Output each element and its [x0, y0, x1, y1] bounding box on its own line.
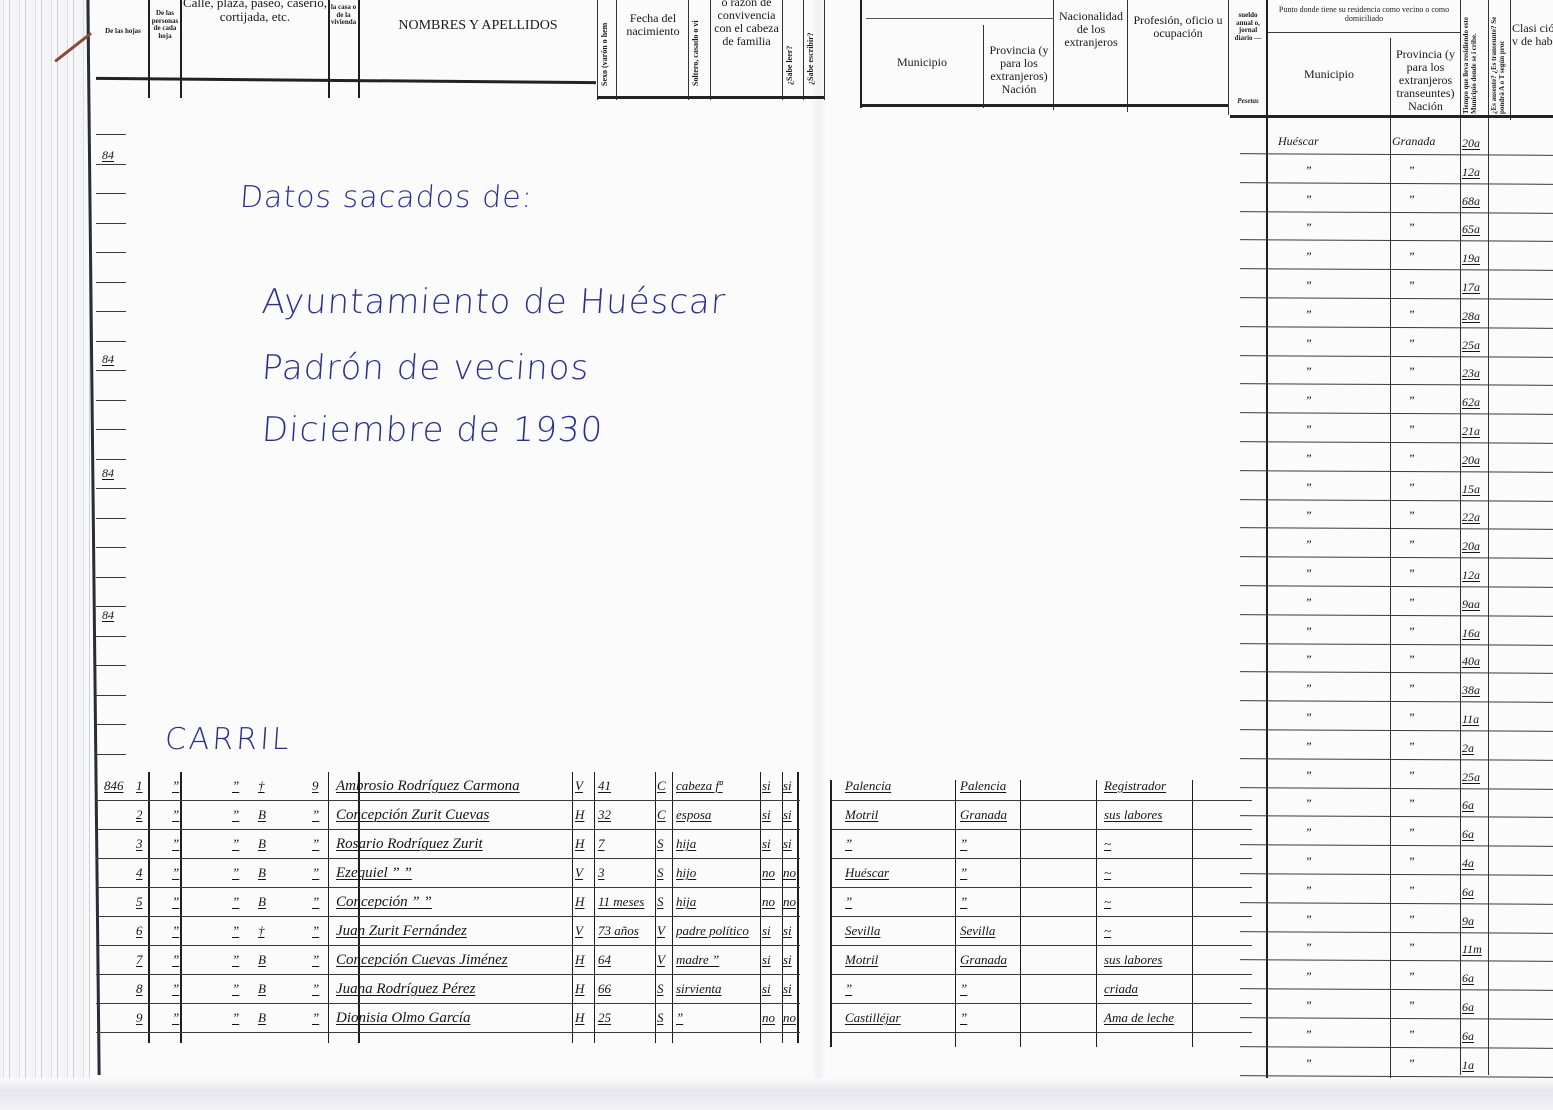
col-rule [1460, 0, 1461, 1075]
civil-status-cell: S [657, 1010, 664, 1026]
relationship-cell: padre político [676, 923, 749, 939]
tiempo-cell: 12a [1462, 568, 1480, 583]
margin-rule [96, 459, 126, 460]
street-ditto-cell: ” [232, 807, 239, 823]
house-number-cell: ” [312, 894, 319, 910]
row-rule [832, 887, 1252, 888]
relationship-cell: hijo [676, 865, 696, 881]
street-ditto-cell: ” [172, 836, 179, 852]
margin-rule [96, 134, 126, 135]
res-provincia-cell: ” [1408, 768, 1415, 783]
row-rule [96, 945, 800, 946]
header-pesetas: Pesetas [1230, 98, 1266, 106]
header-calle: Calle, plaza, paseo, caserío, cortijada,… [182, 0, 328, 24]
res-municipio-cell: ” [1305, 710, 1312, 725]
margin-rule [96, 606, 126, 607]
tiempo-cell: 6a [1462, 971, 1474, 986]
res-municipio-cell: ” [1305, 220, 1312, 235]
sex-cell: H [575, 894, 584, 910]
res-provincia-cell: ” [1408, 710, 1415, 725]
sheet-number: 84 [102, 352, 114, 367]
margin-rule [96, 724, 126, 725]
street-ditto-cell: ” [172, 807, 179, 823]
profession-cell: Ama de leche [1104, 1010, 1174, 1026]
tiempo-cell: 11a [1462, 712, 1479, 727]
header-rule [96, 77, 596, 84]
row-rule [96, 800, 800, 801]
res-provincia-cell: ” [1408, 307, 1415, 322]
tiempo-cell: 19a [1462, 251, 1480, 266]
sex-cell: H [575, 1010, 584, 1026]
can-read-cell: no [762, 894, 775, 910]
person-number-cell: 7 [136, 952, 143, 968]
tiempo-cell: 22a [1462, 510, 1480, 525]
col-rule [1390, 38, 1391, 1078]
header-fecha: Fecha del nacimiento [618, 12, 688, 38]
street-ditto-cell: ” [172, 923, 179, 939]
house-mark-cell: B [258, 836, 266, 852]
house-mark-cell: † [258, 778, 265, 794]
row-rule [832, 858, 1252, 859]
birth-age-cell: 41 [598, 778, 611, 794]
res-municipio-cell: ” [1305, 480, 1312, 495]
tiempo-cell: 6a [1462, 885, 1474, 900]
civil-status-cell: V [657, 952, 665, 968]
header-parentesco: o razón de convivencia con el cabeza de … [711, 0, 782, 48]
street-ditto-cell: ” [172, 952, 179, 968]
person-number-cell: 3 [136, 836, 143, 852]
birth-age-cell: 32 [598, 807, 611, 823]
street-ditto-cell: ” [232, 952, 239, 968]
row-rule [832, 1003, 1252, 1004]
sex-cell: H [575, 952, 584, 968]
relationship-cell: ” [676, 1010, 683, 1026]
res-provincia-cell: ” [1408, 998, 1415, 1013]
sheet-number: 84 [102, 466, 114, 481]
res-municipio-cell: ” [1305, 940, 1312, 955]
header-rule [598, 96, 824, 99]
res-municipio-cell: ” [1305, 652, 1312, 667]
relationship-cell: sirvienta [676, 981, 722, 997]
res-municipio-cell: ” [1305, 336, 1312, 351]
res-provincia-cell: Granada [1392, 134, 1435, 149]
margin-rule [96, 311, 126, 312]
house-mark-cell: B [258, 981, 266, 997]
col-rule [616, 0, 617, 100]
tiempo-cell: 6a [1462, 798, 1474, 813]
tiempo-cell: 20a [1462, 453, 1480, 468]
row-rule [1240, 873, 1553, 876]
header-profesion: Profesión, oficio u ocupación [1128, 14, 1228, 40]
can-write-cell: no [783, 894, 796, 910]
header-casa: la casa o de la vivienda [329, 4, 358, 27]
header-res-municipio: Municipio [1268, 68, 1390, 81]
row-rule [1240, 239, 1553, 242]
tiempo-cell: 25a [1462, 770, 1480, 785]
res-provincia-cell: ” [1408, 566, 1415, 581]
res-municipio-cell: ” [1305, 595, 1312, 610]
res-provincia-cell: ” [1408, 624, 1415, 639]
res-provincia-cell: ” [1408, 480, 1415, 495]
res-municipio-cell: ” [1305, 854, 1312, 869]
birth-municipio-cell: Castilléjar [845, 1010, 901, 1026]
birth-age-cell: 25 [598, 1010, 611, 1026]
res-municipio-cell: ” [1305, 249, 1312, 264]
street-ditto-cell: ” [172, 981, 179, 997]
margin-rule [96, 400, 126, 401]
res-provincia-cell: ” [1408, 451, 1415, 466]
scan-binding-edge [0, 0, 90, 1080]
row-rule [1240, 211, 1553, 214]
row-rule [832, 829, 1252, 830]
can-read-cell: si [762, 778, 771, 794]
col-rule [1228, 0, 1229, 115]
tiempo-cell: 16a [1462, 626, 1480, 641]
profession-cell: ~ [1104, 894, 1111, 910]
street-ditto-cell: ” [172, 1010, 179, 1026]
person-number-cell: 1 [136, 778, 143, 794]
margin-rule [96, 695, 126, 696]
row-rule [832, 916, 1252, 917]
res-provincia-cell: ” [1408, 652, 1415, 667]
row-rule [96, 887, 800, 888]
res-provincia-cell: ” [1408, 912, 1415, 927]
tiempo-cell: 23a [1462, 366, 1480, 381]
can-read-cell: si [762, 807, 771, 823]
row-rule [1240, 326, 1553, 329]
tiempo-cell: 62a [1462, 395, 1480, 410]
col-rule [597, 0, 598, 100]
header-rule [862, 104, 1228, 107]
birth-municipio-cell: Palencia [845, 778, 891, 794]
res-provincia-cell: ” [1408, 595, 1415, 610]
street-ditto-cell: ” [172, 778, 179, 794]
can-write-cell: no [783, 865, 796, 881]
header-ausente: ¿Es ausente? ¿Es transeunte? Se pondrá A… [1490, 4, 1510, 114]
civil-status-cell: V [657, 923, 665, 939]
res-provincia-cell: ” [1408, 249, 1415, 264]
row-rule [96, 1032, 800, 1033]
row-rule [832, 945, 1252, 946]
table-col-rule [1096, 780, 1097, 1047]
table-col-rule [955, 780, 956, 1047]
can-read-cell: si [762, 952, 771, 968]
street-label: CARRIL [164, 722, 293, 757]
header-nacionalidad: Nacionalidad de los extranjeros [1054, 10, 1128, 49]
sex-cell: V [575, 923, 583, 939]
birth-municipio-cell: ” [845, 894, 852, 910]
margin-rule [96, 547, 126, 548]
civil-status-cell: S [657, 981, 664, 997]
tiempo-cell: 9aa [1462, 597, 1480, 612]
row-rule [96, 1003, 800, 1004]
col-rule [358, 0, 360, 98]
relationship-cell: hija [676, 894, 696, 910]
col-rule [860, 0, 862, 108]
birth-municipio-cell: Huéscar [845, 865, 889, 881]
annotation-line-2: Ayuntamiento de Huéscar [261, 282, 728, 322]
birth-municipio-cell: Sevilla [845, 923, 880, 939]
street-ditto-cell: ” [232, 981, 239, 997]
hoja-cell: 846 [104, 778, 124, 794]
margin-rule [96, 429, 126, 430]
tiempo-cell: 21a [1462, 424, 1480, 439]
res-municipio-cell: ” [1305, 998, 1312, 1013]
header-personas: De las personas de cada hoja [150, 10, 180, 40]
birth-municipio-cell: Motril [845, 952, 878, 968]
margin-rule [96, 636, 126, 637]
sex-cell: V [575, 865, 583, 881]
row-rule [1240, 470, 1553, 473]
birth-municipio-cell: ” [845, 836, 852, 852]
row-rule [1240, 153, 1553, 156]
row-rule [832, 974, 1252, 975]
row-rule [1240, 959, 1553, 962]
row-rule [1240, 499, 1553, 502]
birth-provincia-cell: Sevilla [960, 923, 995, 939]
sheet-number: 84 [102, 148, 114, 163]
street-ditto-cell: ” [232, 894, 239, 910]
table-col-rule [1020, 780, 1021, 1047]
res-provincia-cell: ” [1408, 796, 1415, 811]
margin-rule [96, 518, 126, 519]
house-number-cell: ” [312, 923, 319, 939]
sex-cell: V [575, 778, 583, 794]
name-cell: Concepción Zurit Cuevas [336, 807, 489, 824]
can-write-cell: si [783, 952, 792, 968]
tiempo-cell: 40a [1462, 654, 1480, 669]
can-read-cell: si [762, 981, 771, 997]
birth-provincia-cell: Granada [960, 807, 1007, 823]
res-provincia-cell: ” [1408, 220, 1415, 235]
header-res-provincia: Provincia (y para los extranjeros transe… [1391, 48, 1460, 113]
res-municipio-cell: ” [1305, 451, 1312, 466]
res-provincia-cell: ” [1408, 854, 1415, 869]
street-ditto-cell: ” [172, 865, 179, 881]
res-municipio-cell: ” [1305, 739, 1312, 754]
col-rule [803, 0, 804, 100]
res-municipio-cell: ” [1305, 307, 1312, 322]
tiempo-cell: 6a [1462, 827, 1474, 842]
res-provincia-cell: ” [1408, 336, 1415, 351]
row-rule [1240, 556, 1553, 559]
can-read-cell: si [762, 836, 771, 852]
header-sexo: Sexo (varón o hem [600, 6, 614, 86]
relationship-cell: hija [676, 836, 696, 852]
house-mark-cell: † [258, 923, 265, 939]
birth-age-cell: 64 [598, 952, 611, 968]
row-rule [1240, 844, 1553, 847]
header-estado: Soltero, casado o vi [691, 6, 705, 86]
person-number-cell: 2 [136, 807, 143, 823]
house-mark-cell: B [258, 894, 266, 910]
row-rule [1240, 1046, 1553, 1049]
res-municipio-cell: ” [1305, 624, 1312, 639]
row-rule [832, 1032, 1252, 1033]
header-municipio: Municipio [862, 56, 982, 69]
row-rule [1240, 931, 1553, 934]
street-ditto-cell: ” [172, 894, 179, 910]
row-rule [1240, 902, 1553, 905]
row-rule [1240, 585, 1553, 588]
civil-status-cell: C [657, 778, 666, 794]
civil-status-cell: S [657, 836, 664, 852]
res-provincia-cell: ” [1408, 940, 1415, 955]
row-rule [832, 800, 1252, 801]
birth-age-cell: 73 años [598, 923, 639, 939]
header-nombres: NOMBRES Y APELLIDOS [360, 18, 596, 33]
header-rule [1268, 32, 1460, 33]
row-rule [96, 858, 800, 859]
person-number-cell: 9 [136, 1010, 143, 1026]
col-rule [688, 0, 689, 100]
birth-provincia-cell: ” [960, 894, 967, 910]
birth-provincia-cell: ” [960, 1010, 967, 1026]
tiempo-cell: 1a [1462, 1058, 1474, 1073]
street-ditto-cell: ” [232, 778, 239, 794]
can-write-cell: si [783, 981, 792, 997]
house-mark-cell: B [258, 1010, 266, 1026]
house-mark-cell: B [258, 865, 266, 881]
res-provincia-cell: ” [1408, 1027, 1415, 1042]
res-municipio-cell: ” [1305, 163, 1312, 178]
can-read-cell: no [762, 865, 775, 881]
res-municipio-cell: ” [1305, 681, 1312, 696]
sex-cell: H [575, 807, 584, 823]
street-ditto-cell: ” [232, 1010, 239, 1026]
row-rule [1240, 383, 1553, 386]
relationship-cell: madre ” [676, 952, 719, 968]
profession-cell: ~ [1104, 865, 1111, 881]
name-cell: Concepción ” ” [336, 894, 432, 911]
annotation-line-4: Diciembre de 1930 [261, 410, 605, 450]
res-municipio-cell: ” [1305, 768, 1312, 783]
res-provincia-cell: ” [1408, 883, 1415, 898]
tiempo-cell: 15a [1462, 482, 1480, 497]
res-provincia-cell: ” [1408, 163, 1415, 178]
tiempo-cell: 9a [1462, 914, 1474, 929]
birth-provincia-cell: ” [960, 981, 967, 997]
house-mark-cell: B [258, 952, 266, 968]
row-rule [1240, 268, 1553, 271]
res-provincia-cell: ” [1408, 393, 1415, 408]
col-rule [824, 0, 825, 100]
birth-municipio-cell: Motril [845, 807, 878, 823]
tiempo-cell: 11m [1462, 942, 1482, 957]
sex-cell: H [575, 836, 584, 852]
street-ditto-cell: ” [232, 836, 239, 852]
annotation-line-3: Padrón de vecinos [261, 348, 591, 388]
annotation-line-1: Datos sacados de: [239, 180, 534, 215]
margin-rule [96, 252, 126, 253]
row-rule [1240, 441, 1553, 444]
house-mark-cell: B [258, 807, 266, 823]
can-write-cell: si [783, 836, 792, 852]
header-sueldo: sueldo anual o, jornal diario — [1230, 12, 1266, 42]
can-write-cell: si [783, 923, 792, 939]
house-number-cell: ” [312, 807, 319, 823]
row-rule [96, 974, 800, 975]
name-cell: Rosario Rodríguez Zurit [336, 836, 483, 853]
house-number-cell: ” [312, 952, 319, 968]
res-municipio-cell: ” [1305, 825, 1312, 840]
can-write-cell: no [783, 1010, 796, 1026]
col-rule [782, 0, 783, 100]
col-rule [1488, 0, 1489, 1075]
res-municipio-cell: ” [1305, 278, 1312, 293]
tiempo-cell: 6a [1462, 1000, 1474, 1015]
header-leer: ¿Sabe leer? [785, 20, 799, 85]
header-escribir: ¿Sabe escribir? [806, 20, 820, 85]
row-rule [1240, 182, 1553, 185]
margin-rule [96, 341, 126, 342]
person-number-cell: 4 [136, 865, 143, 881]
row-rule [1240, 355, 1553, 358]
row-rule [1240, 815, 1553, 818]
birth-provincia-cell: Palencia [960, 778, 1006, 794]
birth-provincia-cell: Granada [960, 952, 1007, 968]
profession-cell: Registrador [1104, 778, 1166, 794]
profession-cell: sus labores [1104, 807, 1162, 823]
house-number-cell: ” [312, 981, 319, 997]
name-cell: Dionisia Olmo García [336, 1010, 470, 1027]
res-municipio-cell: ” [1305, 1056, 1312, 1071]
birth-provincia-cell: ” [960, 865, 967, 881]
res-municipio-cell: ” [1305, 508, 1312, 523]
tiempo-cell: 65a [1462, 222, 1480, 237]
person-number-cell: 8 [136, 981, 143, 997]
row-rule [1240, 787, 1553, 790]
profession-cell: criada [1104, 981, 1138, 997]
house-number-cell: ” [312, 865, 319, 881]
birth-age-cell: 7 [598, 836, 605, 852]
person-number-cell: 6 [136, 923, 143, 939]
col-rule [1510, 0, 1511, 120]
street-ditto-cell: ” [232, 865, 239, 881]
profession-cell: ~ [1104, 923, 1111, 939]
row-rule [1240, 1017, 1553, 1020]
row-rule [1240, 758, 1553, 761]
tiempo-cell: 12a [1462, 165, 1480, 180]
tiempo-cell: 20a [1462, 539, 1480, 554]
res-municipio-cell: ” [1305, 364, 1312, 379]
page-fold [812, 0, 826, 1110]
tiempo-cell: 17a [1462, 280, 1480, 295]
margin-rule [96, 282, 126, 283]
margin-rule [96, 577, 126, 578]
margin-rule [96, 488, 126, 489]
row-rule [96, 829, 800, 830]
profession-cell: sus labores [1104, 952, 1162, 968]
col-rule [1266, 0, 1268, 1080]
res-municipio-cell: ” [1305, 969, 1312, 984]
tiempo-cell: 25a [1462, 338, 1480, 353]
res-provincia-cell: ” [1408, 422, 1415, 437]
res-municipio-cell: ” [1305, 883, 1312, 898]
tiempo-cell: 68a [1462, 194, 1480, 209]
res-municipio-cell: Huéscar [1278, 134, 1319, 149]
name-cell: Ezequiel ” ” [336, 865, 412, 882]
res-municipio-cell: ” [1305, 1027, 1312, 1042]
can-write-cell: si [783, 778, 792, 794]
house-number-cell: ” [312, 836, 319, 852]
res-provincia-cell: ” [1408, 364, 1415, 379]
margin-rule [96, 754, 126, 755]
row-rule [1240, 671, 1553, 674]
can-write-cell: si [783, 807, 792, 823]
row-rule [1240, 729, 1553, 732]
civil-status-cell: C [657, 807, 666, 823]
